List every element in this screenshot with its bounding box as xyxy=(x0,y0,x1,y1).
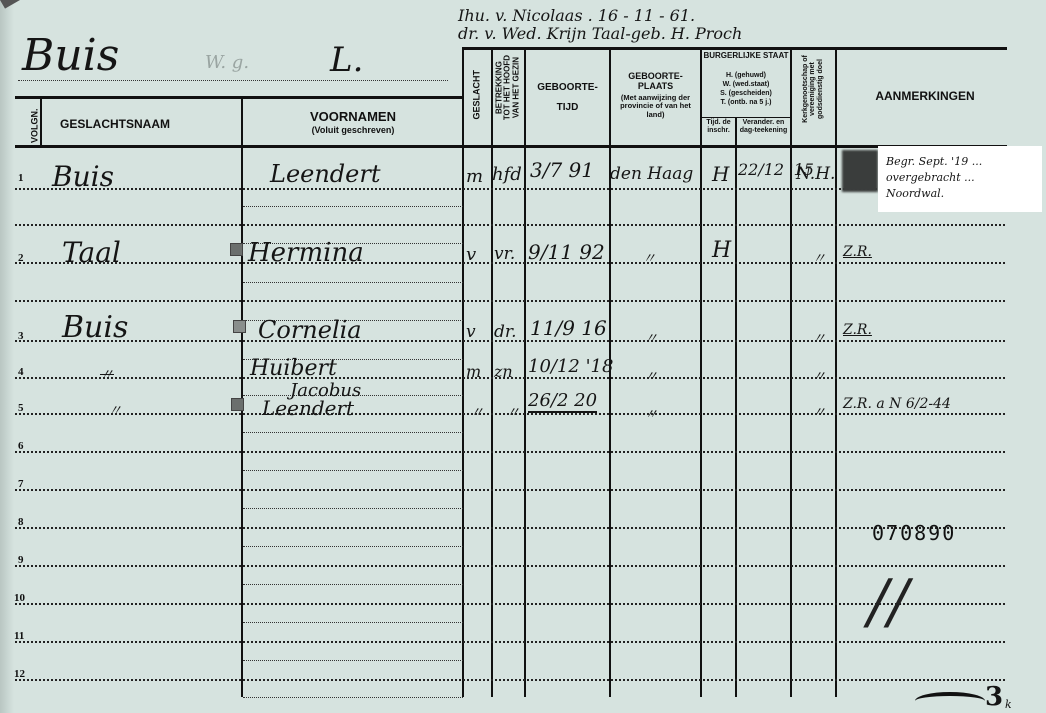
col-line-volgn xyxy=(40,97,42,146)
row4-birth-date: 10/12 '18 xyxy=(528,356,613,377)
row5-surname: 〃 xyxy=(108,400,122,420)
row1-remarks-pasted-note: Begr. Sept. '19 ... overgebracht ... Noo… xyxy=(878,146,1042,212)
row3-birth-place: 〃 xyxy=(644,328,658,348)
col-line-kerkgenootschap xyxy=(835,48,837,697)
row1-religion: N.H. xyxy=(796,164,835,184)
sub-line-n xyxy=(243,622,463,623)
row1-civil-status: H xyxy=(712,162,729,186)
row1-first-names: Leendert xyxy=(270,160,380,188)
corner-swoosh xyxy=(915,692,985,710)
row3-birth-date: 11/9 16 xyxy=(530,316,607,340)
row-number-8: 8 xyxy=(18,516,24,528)
row5-birth-date: 26/2 20 xyxy=(528,390,597,413)
bs-option-s: S. (gescheiden) xyxy=(702,89,790,98)
head-surname: Buis xyxy=(22,34,119,78)
row1-remarks: Begr. Sept. '19 ... overgebracht ... Noo… xyxy=(886,154,1036,202)
sub-line-b xyxy=(15,224,1005,226)
row3-remarks: Z.R. xyxy=(843,322,872,338)
sub-line-a xyxy=(243,206,463,207)
header-top-rule-right xyxy=(462,47,1007,50)
row1-birth-date: 3/7 91 xyxy=(530,158,594,182)
head-dotted-line xyxy=(18,80,448,81)
row3-religion: 〃 xyxy=(812,328,826,348)
col-line-betrekking xyxy=(524,48,526,697)
bs-option-h: H. (gehuwd) xyxy=(702,71,790,80)
header-voornamen-sub: (Voluit geschreven) xyxy=(243,126,463,136)
header-kerk-line-3: godsdienstig doel xyxy=(817,45,824,133)
header-geslachtsnaam: GESLACHTSNAAM xyxy=(60,118,170,131)
row-number-6: 6 xyxy=(18,440,24,452)
row5-religion: 〃 xyxy=(812,402,826,422)
row-number-10: 10 xyxy=(14,592,25,604)
row5-gender: 〃 xyxy=(470,402,484,422)
row-line-9 xyxy=(15,565,1005,567)
row2-surname: Taal xyxy=(62,236,121,269)
header-geboorteplaats-sub: (Met aanwijzing der provincie of van het… xyxy=(613,94,698,119)
header-kerkgenootschap: Kerkgenootschap of vereeniging met godsd… xyxy=(802,45,824,133)
header-geboortetijd-2: TIJD xyxy=(526,102,609,113)
sub-line-e xyxy=(15,300,1005,302)
row-line-8 xyxy=(15,527,1005,529)
remarks-smudge xyxy=(842,150,878,192)
row2-birth-date: 9/11 92 xyxy=(528,240,605,264)
header-betrekking-line-3: VAN HET GEZIN xyxy=(512,46,520,130)
corner-mark-suffix: k xyxy=(1005,698,1012,711)
scan-edge-shadow xyxy=(0,0,14,713)
header-geboorteplaats-2: PLAATS xyxy=(611,82,700,92)
bs-option-w: W. (wed.staat) xyxy=(702,80,790,89)
row-number-11: 11 xyxy=(14,630,24,642)
sub-line-p xyxy=(243,697,463,698)
sub-line-i xyxy=(243,432,463,433)
corner-mark: 3 xyxy=(985,682,1003,712)
header-geslacht: GESLACHT xyxy=(472,59,481,131)
bs-sub-divider xyxy=(701,117,790,118)
header-bs-options: H. (gehuwd) W. (wed.staat) S. (gescheide… xyxy=(702,71,790,107)
sub-line-m xyxy=(243,584,463,585)
row4-religion: 〃 xyxy=(812,366,826,386)
stamp-number: 070890 xyxy=(872,521,956,545)
header-bs-verander: Verander. en dag-teekening xyxy=(737,119,790,135)
row-number-5: 5 xyxy=(18,402,24,414)
top-annotation-line-1: Ihu. v. Nicolaas . 16 - 11 - 61. xyxy=(458,6,695,25)
row1-surname: Buis xyxy=(52,160,114,193)
head-initial: L. xyxy=(330,40,363,80)
row-number-9: 9 xyxy=(18,554,24,566)
row3-relation: dr. xyxy=(494,322,517,342)
row2-religion: 〃 xyxy=(812,248,826,268)
col-line-burgerlijke-staat xyxy=(790,48,792,697)
top-annotation-line-2: dr. v. Wed. Krijn Taal-geb. H. Proch xyxy=(458,24,742,43)
col-line-bs-sub xyxy=(735,117,737,697)
header-burgerlijke-staat: BURGERLIJKE STAAT xyxy=(702,52,790,61)
sub-line-o xyxy=(243,660,463,661)
row3-first-names: Cornelia xyxy=(258,316,362,344)
row-number-12: 12 xyxy=(14,668,25,680)
header-betrekking: BETREKKING TOT HET HOOFD VAN HET GEZIN xyxy=(495,46,520,130)
row-number-2: 2 xyxy=(18,252,24,264)
header-top-rule-left xyxy=(15,96,463,99)
row-line-7 xyxy=(15,489,1005,491)
header-step-line xyxy=(462,47,464,99)
col-line-geslacht xyxy=(491,48,493,697)
header-kerk-line-2: vereeniging met xyxy=(809,45,816,133)
sub-line-d xyxy=(243,282,463,283)
col-line-geslachtsnaam xyxy=(241,97,243,697)
row-line-10 xyxy=(15,603,1005,605)
row2-relation: vr. xyxy=(494,244,515,264)
row3-gender: v xyxy=(466,322,476,342)
row-number-3: 3 xyxy=(18,330,24,342)
row5-first-names: Leendert xyxy=(262,396,354,420)
row2-birth-place: 〃 xyxy=(642,248,656,268)
row3-surname: Buis xyxy=(62,310,128,345)
bs-option-t: T. (ontb. na 5 j.) xyxy=(702,98,790,107)
row4-gender: m xyxy=(466,362,481,381)
row-line-11 xyxy=(15,641,1005,643)
row2-first-names: Hermina xyxy=(248,238,364,268)
large-check-mark: // xyxy=(868,572,908,632)
header-bottom-rule xyxy=(15,145,1007,148)
row1-relation: hfd xyxy=(492,164,522,185)
row-number-7: 7 xyxy=(18,478,24,490)
row2-civil-status: H xyxy=(712,238,731,263)
col-line-voornamen xyxy=(462,97,464,697)
header-bs-tijd: Tijd. de inschr. xyxy=(702,119,735,135)
row2-gender: v xyxy=(466,244,476,265)
row5-remarks: Z.R. a N 6/2-44 xyxy=(843,396,951,412)
sub-line-k xyxy=(243,508,463,509)
row4-birth-place: 〃 xyxy=(644,366,658,386)
row-line-12 xyxy=(15,679,1005,681)
head-faint-note: W. g. xyxy=(205,52,249,73)
row2-remarks: Z.R. xyxy=(843,244,872,260)
sub-line-j xyxy=(243,470,463,471)
row4-surname: 〃 xyxy=(100,364,114,384)
row-number-4: 4 xyxy=(18,366,24,378)
header-volgn: VOLGN. xyxy=(30,96,39,156)
row1-birth-place: den Haag xyxy=(610,164,693,184)
row5-relation: 〃 xyxy=(506,402,520,422)
header-voornamen: VOORNAMEN xyxy=(243,110,463,124)
row2-marker-icon xyxy=(230,243,243,256)
header-aanmerkingen: AANMERKINGEN xyxy=(840,90,1010,103)
sub-line-l xyxy=(243,546,463,547)
row5-marker-icon xyxy=(231,398,244,411)
row5-birth-place: 〃 xyxy=(644,404,658,424)
row4-first-names: Huibert xyxy=(250,356,337,381)
header-kerk-line-1: Kerkgenootschap of xyxy=(802,45,809,133)
row1-gender: m xyxy=(466,166,483,187)
row-line-6 xyxy=(15,451,1005,453)
row4-relation: zn xyxy=(494,362,513,381)
row3-marker-icon xyxy=(233,320,246,333)
col-line-geboorteplaats xyxy=(700,48,702,697)
header-geboortetijd-1: GEBOORTE- xyxy=(526,82,609,93)
row-number-1: 1 xyxy=(18,172,24,184)
